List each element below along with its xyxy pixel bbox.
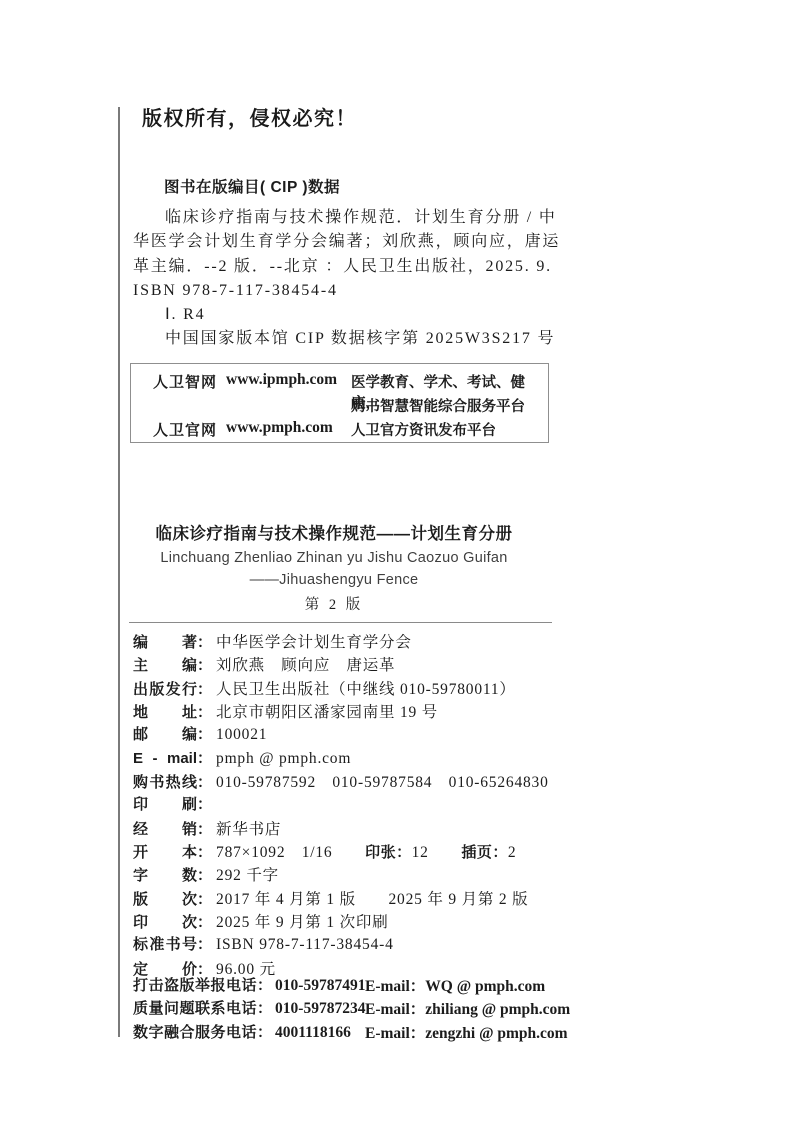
- colophon-row-label: 开本: [133, 841, 197, 862]
- label-char: 线: [182, 771, 197, 792]
- colophon-row-label: 出版发行: [133, 678, 197, 699]
- colophon-row-value: 新华书店: [216, 821, 281, 838]
- inline-label: 印张：: [365, 844, 412, 861]
- cip-heading: 图书在版编目( CIP )数据: [164, 175, 340, 197]
- colophon-row: 主编：刘欣燕 顾向应 唐运革: [133, 653, 603, 676]
- email-address: zengzhi @ pmph.com: [425, 1025, 567, 1042]
- cip-data-block: 临床诊疗指南与技术操作规范．计划生育分册 / 中华医学会计划生育学分会编著；刘欣…: [133, 206, 583, 352]
- label-char: 发: [166, 678, 181, 699]
- colophon-row-label: 编著: [133, 631, 197, 652]
- value-text: 刘欣燕 顾向应 唐运革: [216, 657, 395, 674]
- inline-label: 插页：: [461, 844, 508, 861]
- label-colon: ：: [197, 891, 212, 908]
- label-char: mail: [167, 750, 197, 767]
- colophon-row-value: 100021: [216, 726, 267, 743]
- label-char: 地: [133, 701, 148, 722]
- label-colon: ：: [197, 844, 212, 861]
- cip-line: 革主编．--2 版．--北京 ：人民卫生出版社，2025. 9.: [133, 255, 583, 279]
- colophon-row: 出版发行：人民卫生出版社（中继线 010-59780011）: [133, 677, 603, 700]
- email-label: E-mail：: [365, 1001, 425, 1018]
- label-colon: ：: [197, 726, 212, 743]
- title-divider: [129, 622, 552, 623]
- email-label: E-mail：: [365, 1025, 425, 1042]
- label-colon: ：: [197, 936, 212, 953]
- label-char: 版: [149, 678, 164, 699]
- site-description: 人卫官方资讯发布平台: [351, 419, 496, 440]
- label-char: 印: [133, 911, 148, 932]
- hotline-email: E-mail：zengzhi @ pmph.com: [365, 1021, 568, 1043]
- label-colon: ：: [197, 750, 212, 767]
- cip-line: Ⅰ. R4: [133, 303, 583, 327]
- label-char: 本: [182, 841, 197, 862]
- colophon-row-value: 北京市朝阳区潘家园南里 19 号: [216, 704, 438, 721]
- colophon-row-value: 010-59787592 010-59787584 010-65264830: [216, 774, 549, 791]
- colophon-row-label: 标准书号: [133, 933, 197, 954]
- label-colon: ：: [197, 657, 212, 674]
- hotline-colon: ：: [257, 1000, 272, 1017]
- colophon-row: 地址：北京市朝阳区潘家园南里 19 号: [133, 700, 603, 723]
- copyright-notice: 版权所有，侵权必究！: [142, 102, 357, 131]
- colophon-row: 开本：787×1092 1/16 印张：12 插页：2: [133, 840, 603, 863]
- value-text: 2025 年 9 月第 1 次印刷: [216, 914, 388, 931]
- value-text: 人民卫生出版社（中继线 010-59780011）: [216, 681, 516, 698]
- colophon-row-label: 印刷: [133, 793, 197, 814]
- label-char: 数: [182, 864, 197, 885]
- label-char: 印: [133, 793, 148, 814]
- publisher-websites-box: 人卫智网www.ipmph.com医学教育、学术、考试、健康，购书智慧智能综合服…: [130, 363, 549, 443]
- title-block: 临床诊疗指南与技术操作规范——计划生育分册 Linchuang Zhenliao…: [122, 520, 546, 614]
- hotline-label: 质量问题联系电话: [133, 1000, 257, 1017]
- value-text: 北京市朝阳区潘家园南里 19 号: [216, 704, 438, 721]
- label-colon: ：: [197, 796, 212, 813]
- colophon-row: 经销：新华书店: [133, 817, 603, 840]
- colophon-row-label: 地址: [133, 701, 197, 722]
- colophon-row: 标准书号：ISBN 978-7-117-38454-4: [133, 933, 603, 956]
- cip-line: 临床诊疗指南与技术操作规范．计划生育分册 / 中: [133, 206, 583, 230]
- label-char: 址: [182, 701, 197, 722]
- value-text: [332, 844, 365, 861]
- hotline-colon: ：: [257, 977, 272, 994]
- colophon-row-value: 2017 年 4 月第 1 版 2025 年 9 月第 2 版: [216, 891, 528, 908]
- colophon-row-value: 人民卫生出版社（中继线 010-59780011）: [216, 681, 516, 698]
- value-text: 新华书店: [216, 821, 281, 838]
- label-char: 著: [182, 631, 197, 652]
- label-char: 出: [133, 678, 148, 699]
- web-row: 人卫智网www.ipmph.com医学教育、学术、考试、健康，: [131, 371, 548, 395]
- site-url: www.pmph.com: [226, 419, 333, 437]
- value-text: ISBN 978-7-117-38454-4: [216, 936, 394, 953]
- colophon-row-value: pmph @ pmph.com: [216, 750, 351, 767]
- label-char: 主: [133, 654, 148, 675]
- hotline-row: 数字融合服务电话：4001118166E-mail：zengzhi @ pmph…: [133, 1021, 603, 1044]
- hotline-colon: ：: [257, 1024, 272, 1041]
- label-char: 刷: [182, 793, 197, 814]
- hotline-phone: 010-59787491: [275, 977, 365, 994]
- colophon-row-label: 主编: [133, 654, 197, 675]
- site-description: 购书智慧智能综合服务平台: [351, 395, 525, 416]
- hotline-section: 打击盗版举报电话：010-59787491E-mail：WQ @ pmph.co…: [133, 974, 603, 1044]
- colophon-row: 印次：2025 年 9 月第 1 次印刷: [133, 910, 603, 933]
- hotline-email: E-mail：zhiliang @ pmph.com: [365, 997, 570, 1019]
- value-text: [429, 844, 462, 861]
- value-text: 292 千字: [216, 867, 279, 884]
- label-colon: ：: [197, 821, 212, 838]
- colophon-row-label: 印次: [133, 911, 197, 932]
- colophon-row-value: 787×1092 1/16 印张：12 插页：2: [216, 844, 516, 861]
- site-name: 人卫智网: [153, 371, 217, 392]
- label-char: 编: [133, 631, 148, 652]
- book-title-pinyin-line1: Linchuang Zhenliao Zhinan yu Jishu Caozu…: [122, 550, 546, 566]
- label-char: 购: [133, 771, 148, 792]
- label-char: 编: [182, 723, 197, 744]
- colophon-details: 编著：中华医学会计划生育学分会主编：刘欣燕 顾向应 唐运革出版发行：人民卫生出版…: [133, 630, 603, 980]
- colophon-row-value: 2025 年 9 月第 1 次印刷: [216, 914, 388, 931]
- email-label: E-mail：: [365, 978, 425, 995]
- label-colon: ：: [197, 704, 212, 721]
- label-char: 销: [182, 818, 197, 839]
- label-char: 字: [133, 864, 148, 885]
- value-text: 010-59787592 010-59787584 010-65264830: [216, 774, 549, 791]
- label-char: 书: [166, 933, 181, 954]
- web-row: 人卫官网www.pmph.com人卫官方资讯发布平台: [131, 419, 548, 443]
- colophon-row-label: 版次: [133, 888, 197, 909]
- label-colon: ：: [197, 867, 212, 884]
- colophon-row-label: 邮编: [133, 723, 197, 744]
- email-address: WQ @ pmph.com: [425, 978, 545, 995]
- book-title: 临床诊疗指南与技术操作规范——计划生育分册: [122, 520, 546, 544]
- colophon-row-label: E-mail: [133, 750, 197, 767]
- label-char: 热: [166, 771, 181, 792]
- site-name: 人卫官网: [153, 419, 217, 440]
- colophon-row-value: 292 千字: [216, 867, 279, 884]
- hotline-phone: 4001118166: [275, 1024, 351, 1041]
- label-colon: ：: [197, 681, 212, 698]
- site-url: www.ipmph.com: [226, 371, 337, 389]
- label-char: 次: [182, 911, 197, 932]
- value-text: 2: [508, 844, 517, 861]
- colophon-row-label: 字数: [133, 864, 197, 885]
- value-text: 2017 年 4 月第 1 版 2025 年 9 月第 2 版: [216, 891, 528, 908]
- colophon-row: 印刷：: [133, 793, 603, 816]
- hotline-row: 打击盗版举报电话：010-59787491E-mail：WQ @ pmph.co…: [133, 974, 603, 997]
- colophon-row-value: 刘欣燕 顾向应 唐运革: [216, 657, 395, 674]
- label-char: 邮: [133, 723, 148, 744]
- label-char: 次: [182, 888, 197, 909]
- hotline-label: 数字融合服务电话: [133, 1024, 257, 1041]
- label-colon: ：: [197, 774, 212, 791]
- label-char: 标: [133, 933, 148, 954]
- colophon-row: E-mail：pmph @ pmph.com: [133, 747, 603, 770]
- label-char: 开: [133, 841, 148, 862]
- colophon-row: 邮编：100021: [133, 723, 603, 746]
- label-char: 书: [149, 771, 164, 792]
- label-char: 行: [182, 678, 197, 699]
- edition-label: 第 2 版: [122, 593, 546, 614]
- email-address: zhiliang @ pmph.com: [425, 1001, 570, 1018]
- colophon-row-label: 购书热线: [133, 771, 197, 792]
- cip-line: 华医学会计划生育学分会编著；刘欣燕，顾向应，唐运: [133, 230, 583, 254]
- web-row: 购书智慧智能综合服务平台: [131, 395, 548, 419]
- label-char: 经: [133, 818, 148, 839]
- colophon-row-label: 经销: [133, 818, 197, 839]
- colophon-row: 版次：2017 年 4 月第 1 版 2025 年 9 月第 2 版: [133, 887, 603, 910]
- hotline-row: 质量问题联系电话：010-59787234E-mail：zhiliang @ p…: [133, 997, 603, 1020]
- label-char: 准: [149, 933, 164, 954]
- label-colon: ：: [197, 914, 212, 931]
- label-char: -: [153, 750, 158, 767]
- left-rule: [118, 107, 120, 1037]
- value-text: 12: [412, 844, 429, 861]
- value-text: pmph @ pmph.com: [216, 750, 351, 767]
- book-title-pinyin-line2: ——Jihuashengyu Fence: [122, 572, 546, 588]
- colophon-row: 购书热线：010-59787592 010-59787584 010-65264…: [133, 770, 603, 793]
- label-char: 版: [133, 888, 148, 909]
- hotline-phone: 010-59787234: [275, 1000, 365, 1017]
- label-char: 编: [182, 654, 197, 675]
- value-text: 100021: [216, 726, 267, 743]
- label-char: 号: [182, 933, 197, 954]
- copyright-page: 版权所有，侵权必究！ 图书在版编目( CIP )数据 临床诊疗指南与技术操作规范…: [0, 0, 800, 1146]
- value-text: 中华医学会计划生育学分会: [216, 634, 412, 651]
- cip-line: ISBN 978-7-117-38454-4: [133, 279, 583, 303]
- cip-line: 中国国家版本馆 CIP 数据核字第 2025W3S217 号: [133, 327, 583, 351]
- hotline-email: E-mail：WQ @ pmph.com: [365, 974, 545, 996]
- hotline-label: 打击盗版举报电话: [133, 977, 257, 994]
- label-char: E: [133, 750, 143, 767]
- colophon-row: 字数：292 千字: [133, 863, 603, 886]
- value-text: 787×1092 1/16: [216, 844, 332, 861]
- colophon-row: 编著：中华医学会计划生育学分会: [133, 630, 603, 653]
- label-colon: ：: [197, 634, 212, 651]
- colophon-row-value: 中华医学会计划生育学分会: [216, 634, 412, 651]
- colophon-row-value: ISBN 978-7-117-38454-4: [216, 936, 394, 953]
